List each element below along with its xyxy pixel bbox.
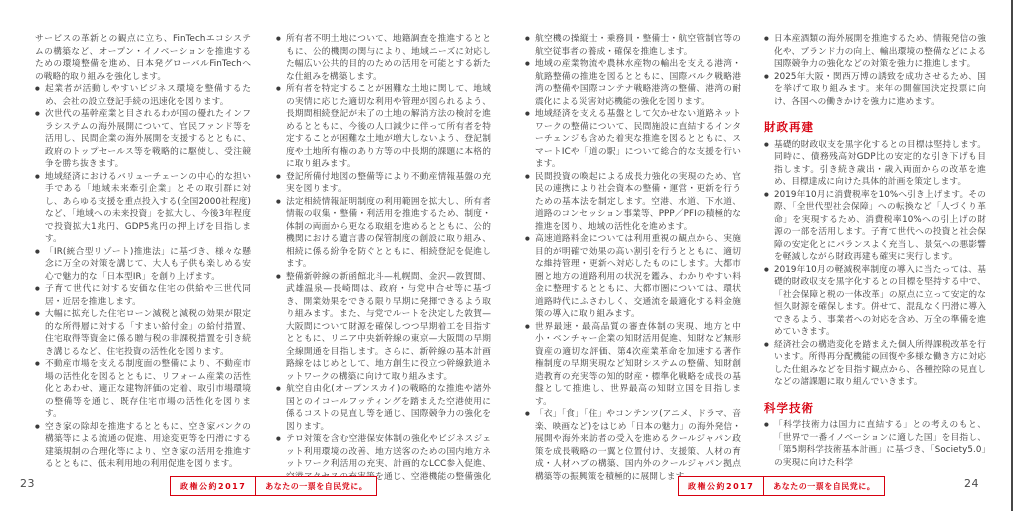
- bullet-text: 「科学技術力は国力に直結する」との考えのもと、「世界で一番イノベーションに適した…: [774, 420, 986, 468]
- bullet-dot-icon: ●: [764, 74, 769, 80]
- bullet-item: ●大幅に拡充した住宅ローン減税と減税の効果が限定的な所得層に対する「すまい給付金…: [35, 308, 251, 358]
- document-spread: サービスの革新との観点に立ち、FinTechエコシステムの構築など、オープン・イ…: [0, 0, 1024, 511]
- bullet-dot-icon: ●: [525, 36, 530, 42]
- bullet-dot-icon: ●: [35, 249, 40, 255]
- bullet-list-p23c2: ●所有者不明土地について、地籍調査を推進するとともに、公的機関の関与により、地域…: [276, 33, 491, 496]
- bullet-text: 次世代の基幹産業と目されるわが国の優れたインフラシステムの海外展開について、官民…: [45, 109, 251, 169]
- page-number-right: 24: [964, 477, 979, 490]
- footer-slogan-box-left: 政権公約2017 あなたの一票を自民党に。: [170, 476, 377, 496]
- bullet-item: ●不動産市場を支える制度面の整備により、不動産市場の活性化を図るとともに、リフォ…: [35, 358, 251, 421]
- bullet-text: 2019年10月の軽減税率制度の導入に当たっては、基礎的財政収支を黒字化するとの…: [774, 265, 986, 338]
- bullet-item: ●登記所備付地図の整備等により不動産情報基盤の充実を図ります。: [276, 171, 491, 196]
- page-edge-line: [1011, 0, 1013, 511]
- bullet-item: ●2019年10月に消費税率を10%へ引き上げます。その際、「全世代型社会保障」…: [764, 189, 986, 264]
- bullet-item: ●2019年10月の軽減税率制度の導入に当たっては、基礎的財政収支を黒字化すると…: [764, 264, 986, 339]
- bullet-text: 民間投資の喚起による成長力強化の実現のため、官民の連携により社会資本の整備・運営…: [535, 172, 741, 232]
- bullet-item: ●「衣」「食」「住」やコンテンツ(アニメ、ドラマ、音楽、映画など)をはじめ「日本…: [525, 408, 741, 483]
- bullet-text: 起業者が活動しやすいビジネス環境を整備するため、会社の設立登記手続の迅速化を図り…: [45, 84, 251, 107]
- bullet-item: ●子育て世代に対する安価な住宅の供給や三世代同居・近居を推進します。: [35, 283, 251, 308]
- bullet-text: 登記所備付地図の整備等により不動産情報基盤の充実を図ります。: [286, 172, 491, 195]
- bullet-text: 2025年大阪・関西万博の誘致を成功させるため、国を挙げて取り組みます。来年の開…: [774, 72, 986, 107]
- bullet-text: 法定相続情報証明制度の利用範囲を拡大し、所有者情報の収集・整備・利活用を推進する…: [286, 197, 491, 270]
- bullet-text: 整備新幹線の新函館北斗—札幌間、金沢—敦賀間、武雄温泉—長崎間は、政府・与党申合…: [286, 272, 491, 382]
- page23-column-1: サービスの革新との観点に立ち、FinTechエコシステムの構築など、オープン・イ…: [35, 33, 251, 471]
- bullet-dot-icon: ●: [764, 422, 769, 428]
- bullet-list-p24c1: ●航空機の操縦士・乗務員・整備士・航空管制官等の航空従事者の養成・確保を推進しま…: [525, 33, 741, 483]
- section-heading-science-technology: 科学技術: [764, 402, 986, 415]
- bullet-dot-icon: ●: [764, 36, 769, 42]
- bullet-dot-icon: ●: [525, 236, 530, 242]
- bullet-text: 所有者を特定することが困難な土地に関して、地域の実情に応じた適切な利用や管理が図…: [286, 84, 491, 169]
- bullet-item: ●所有者不明土地について、地籍調査を推進するとともに、公的機関の関与により、地域…: [276, 33, 491, 83]
- footer-slogan-box-right: 政権公約2017 あなたの一票を自民党に。: [678, 476, 885, 496]
- bullet-text: 子育て世代に対する安価な住宅の供給や三世代同居・近居を推進します。: [45, 284, 251, 307]
- bullet-dot-icon: ●: [276, 436, 281, 442]
- bullet-text: 大幅に拡充した住宅ローン減税と減税の効果が限定的な所得層に対する「すまい給付金」…: [45, 309, 251, 357]
- bullet-text: 日本産酒類の海外展開を推進するため、情報発信の強化や、ブランド力の向上、輸出環境…: [774, 34, 986, 69]
- bullet-item: ●起業者が活動しやすいビジネス環境を整備するため、会社の設立登記手続の迅速化を図…: [35, 83, 251, 108]
- bullet-item: ●地域の産業物流や農林水産物の輸出を支える港湾・航路整備の推進を図るとともに、国…: [525, 58, 741, 108]
- bullet-dot-icon: ●: [276, 86, 281, 92]
- bullet-item: ●日本産酒類の海外展開を推進するため、情報発信の強化や、ブランド力の向上、輸出環…: [764, 33, 986, 71]
- bullet-dot-icon: ●: [764, 192, 769, 198]
- bullet-dot-icon: ●: [764, 267, 769, 273]
- bullet-dot-icon: ●: [525, 111, 530, 117]
- bullet-text: 空き家の除却を推進するとともに、空き家バンクの構築等による流通の促進、用途変更等…: [45, 422, 251, 470]
- bullet-list-p23c1: ●起業者が活動しやすいビジネス環境を整備するため、会社の設立登記手続の迅速化を図…: [35, 83, 251, 471]
- bullet-dot-icon: ●: [35, 86, 40, 92]
- page-number-left: 23: [20, 477, 35, 490]
- bullet-item: ●地域経済を支える基盤として欠かせない道路ネットワークの整備について、民間施設に…: [525, 108, 741, 171]
- bullet-dot-icon: ●: [525, 174, 530, 180]
- bullet-text: 基礎的財政収支を黒字化するとの目標は堅持します。同時に、債務残高対GDP比の安定…: [774, 140, 986, 188]
- bullet-dot-icon: ●: [276, 174, 281, 180]
- bullet-text: 所有者不明土地について、地籍調査を推進するとともに、公的機関の関与により、地域ニ…: [286, 34, 491, 82]
- bullet-item: ●航空自由化(オープンスカイ)の戦略的な推進や諸外国とのイコールフッティングを踏…: [276, 383, 491, 433]
- bullet-text: 経済社会の構造変化を踏まえた個人所得課税改革を行います。所得再分配機能の回復や多…: [774, 340, 986, 388]
- page24-column-2: ●日本産酒類の海外展開を推進するため、情報発信の強化や、ブランド力の向上、輸出環…: [764, 33, 986, 469]
- bullet-text: 高速道路料金については利用重視の観点から、実施目的が明確で効果の高い割引を行うと…: [535, 234, 741, 319]
- bullet-item: ●地域経済におけるバリューチェーンの中心的な担い手である「地域未来牽引企業」とそ…: [35, 171, 251, 246]
- bullet-dot-icon: ●: [35, 174, 40, 180]
- bullet-dot-icon: ●: [35, 311, 40, 317]
- bullet-dot-icon: ●: [276, 199, 281, 205]
- footer-manifesto-label: 政権公約2017: [170, 476, 256, 496]
- bullet-text: 「IR(統合型リゾート)推進法」に基づき、様々な懸念に万全の対策を講じて、大人も…: [45, 247, 251, 282]
- bullet-item: ●整備新幹線の新函館北斗—札幌間、金沢—敦賀間、武雄温泉—長崎間は、政府・与党申…: [276, 271, 491, 384]
- bullet-item: ●2025年大阪・関西万博の誘致を成功させるため、国を挙げて取り組みます。来年の…: [764, 71, 986, 109]
- bullet-text: 世界最速・最高品質の審査体制の実現、地方と中小・ベンチャー企業の知財活用促進、知…: [535, 322, 741, 407]
- bullet-dot-icon: ●: [525, 411, 530, 417]
- bullet-item: ●空き家の除却を推進するとともに、空き家バンクの構築等による流通の促進、用途変更…: [35, 421, 251, 471]
- bullet-text: 地域経済におけるバリューチェーンの中心的な担い手である「地域未来牽引企業」とその…: [45, 172, 251, 245]
- bullet-dot-icon: ●: [35, 361, 40, 367]
- bullet-dot-icon: ●: [525, 324, 530, 330]
- page23-column-2: ●所有者不明土地について、地籍調査を推進するとともに、公的機関の関与により、地域…: [276, 33, 491, 496]
- footer-manifesto-label: 政権公約2017: [678, 476, 764, 496]
- bullet-text: 地域経済を支える基盤として欠かせない道路ネットワークの整備について、民間施設に直…: [535, 109, 741, 169]
- bullet-dot-icon: ●: [764, 142, 769, 148]
- bullet-item: ●基礎的財政収支を黒字化するとの目標は堅持します。同時に、債務残高対GDP比の安…: [764, 139, 986, 189]
- bullet-item: ●次世代の基幹産業と目されるわが国の優れたインフラシステムの海外展開について、官…: [35, 108, 251, 171]
- footer-vote-slogan: あなたの一票を自民党に。: [255, 476, 377, 496]
- bullet-item: ●「IR(統合型リゾート)推進法」に基づき、様々な懸念に万全の対策を講じて、大人…: [35, 246, 251, 284]
- bullet-dot-icon: ●: [276, 274, 281, 280]
- bullet-dot-icon: ●: [35, 286, 40, 292]
- bullet-list-p24c2-science: ●「科学技術力は国力に直結する」との考えのもと、「世界で一番イノベーションに適し…: [764, 419, 986, 469]
- bullet-text: 航空自由化(オープンスカイ)の戦略的な推進や諸外国とのイコールフッティングを踏ま…: [286, 384, 491, 432]
- bullet-list-p24c2-top: ●日本産酒類の海外展開を推進するため、情報発信の強化や、ブランド力の向上、輸出環…: [764, 33, 986, 108]
- paragraph-continuation: サービスの革新との観点に立ち、FinTechエコシステムの構築など、オープン・イ…: [35, 33, 251, 83]
- bullet-list-p24c2-fiscal: ●基礎的財政収支を黒字化するとの目標は堅持します。同時に、債務残高対GDP比の安…: [764, 139, 986, 389]
- bullet-dot-icon: ●: [276, 386, 281, 392]
- bullet-dot-icon: ●: [35, 111, 40, 117]
- page24-column-1: ●航空機の操縦士・乗務員・整備士・航空管制官等の航空従事者の養成・確保を推進しま…: [525, 33, 741, 483]
- bullet-item: ●航空機の操縦士・乗務員・整備士・航空管制官等の航空従事者の養成・確保を推進しま…: [525, 33, 741, 58]
- bullet-text: 不動産市場を支える制度面の整備により、不動産市場の活性化を図るとともに、リフォー…: [45, 359, 251, 419]
- bullet-item: ●「科学技術力は国力に直結する」との考えのもと、「世界で一番イノベーションに適し…: [764, 419, 986, 469]
- bullet-text: 航空機の操縦士・乗務員・整備士・航空管制官等の航空従事者の養成・確保を推進します…: [535, 34, 741, 57]
- bullet-text: 「衣」「食」「住」やコンテンツ(アニメ、ドラマ、音楽、映画など)をはじめ「日本の…: [535, 409, 741, 482]
- bullet-dot-icon: ●: [525, 61, 530, 67]
- bullet-item: ●民間投資の喚起による成長力強化の実現のため、官民の連携により社会資本の整備・運…: [525, 171, 741, 234]
- section-heading-fiscal-rebuilding: 財政再建: [764, 121, 986, 134]
- bullet-text: 2019年10月に消費税率を10%へ引き上げます。その際、「全世代型社会保障」へ…: [774, 190, 986, 263]
- bullet-item: ●高速道路料金については利用重視の観点から、実施目的が明確で効果の高い割引を行う…: [525, 233, 741, 321]
- bullet-item: ●法定相続情報証明制度の利用範囲を拡大し、所有者情報の収集・整備・利活用を推進す…: [276, 196, 491, 271]
- bullet-dot-icon: ●: [276, 36, 281, 42]
- bullet-dot-icon: ●: [764, 342, 769, 348]
- bullet-dot-icon: ●: [35, 424, 40, 430]
- bullet-text: 地域の産業物流や農林水産物の輸出を支える港湾・航路整備の推進を図るとともに、国際…: [535, 59, 741, 107]
- footer-vote-slogan: あなたの一票を自民党に。: [763, 476, 885, 496]
- bullet-item: ●所有者を特定することが困難な土地に関して、地域の実情に応じた適切な利用や管理が…: [276, 83, 491, 171]
- bullet-item: ●世界最速・最高品質の審査体制の実現、地方と中小・ベンチャー企業の知財活用促進、…: [525, 321, 741, 409]
- bullet-item: ●経済社会の構造変化を踏まえた個人所得課税改革を行います。所得再分配機能の回復や…: [764, 339, 986, 389]
